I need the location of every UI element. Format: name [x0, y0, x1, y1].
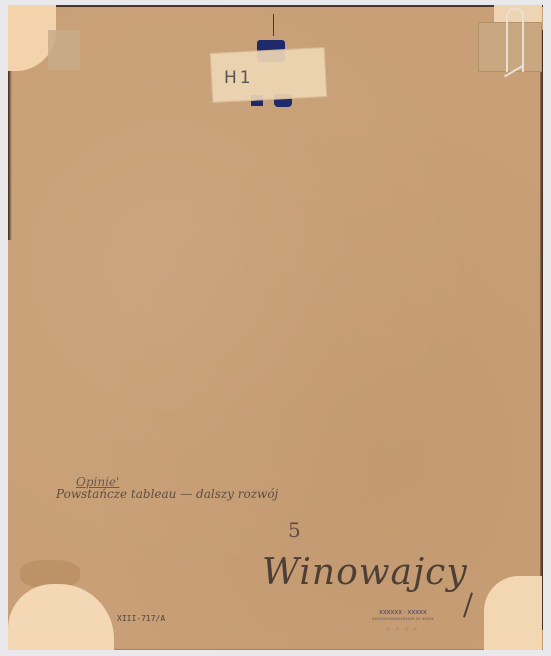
handwritten-number: 5 [288, 518, 301, 542]
stamp-line-2: xxxxxxxxxxxxxxxxxx xx xxxxx [372, 616, 434, 621]
collection-stamp: XXXXXX · XXXXX xxxxxxxxxxxxxxxxxx xx xxx… [372, 610, 434, 633]
handwritten-title: Winowajcy [262, 552, 468, 593]
handwritten-description: Powstańcze tableau — dalszy rozwój [56, 487, 278, 501]
stamp-line-3: X X X X [372, 627, 434, 633]
frame-edge-right [540, 30, 543, 630]
inventory-number: XIII-717/A [117, 614, 165, 623]
hanging-wire [273, 14, 274, 36]
label-code: H1 [224, 68, 254, 88]
torn-corner-bottom-right [484, 576, 542, 650]
hanging-string-loop [506, 8, 524, 72]
tape-remnant-top-left [48, 30, 80, 70]
